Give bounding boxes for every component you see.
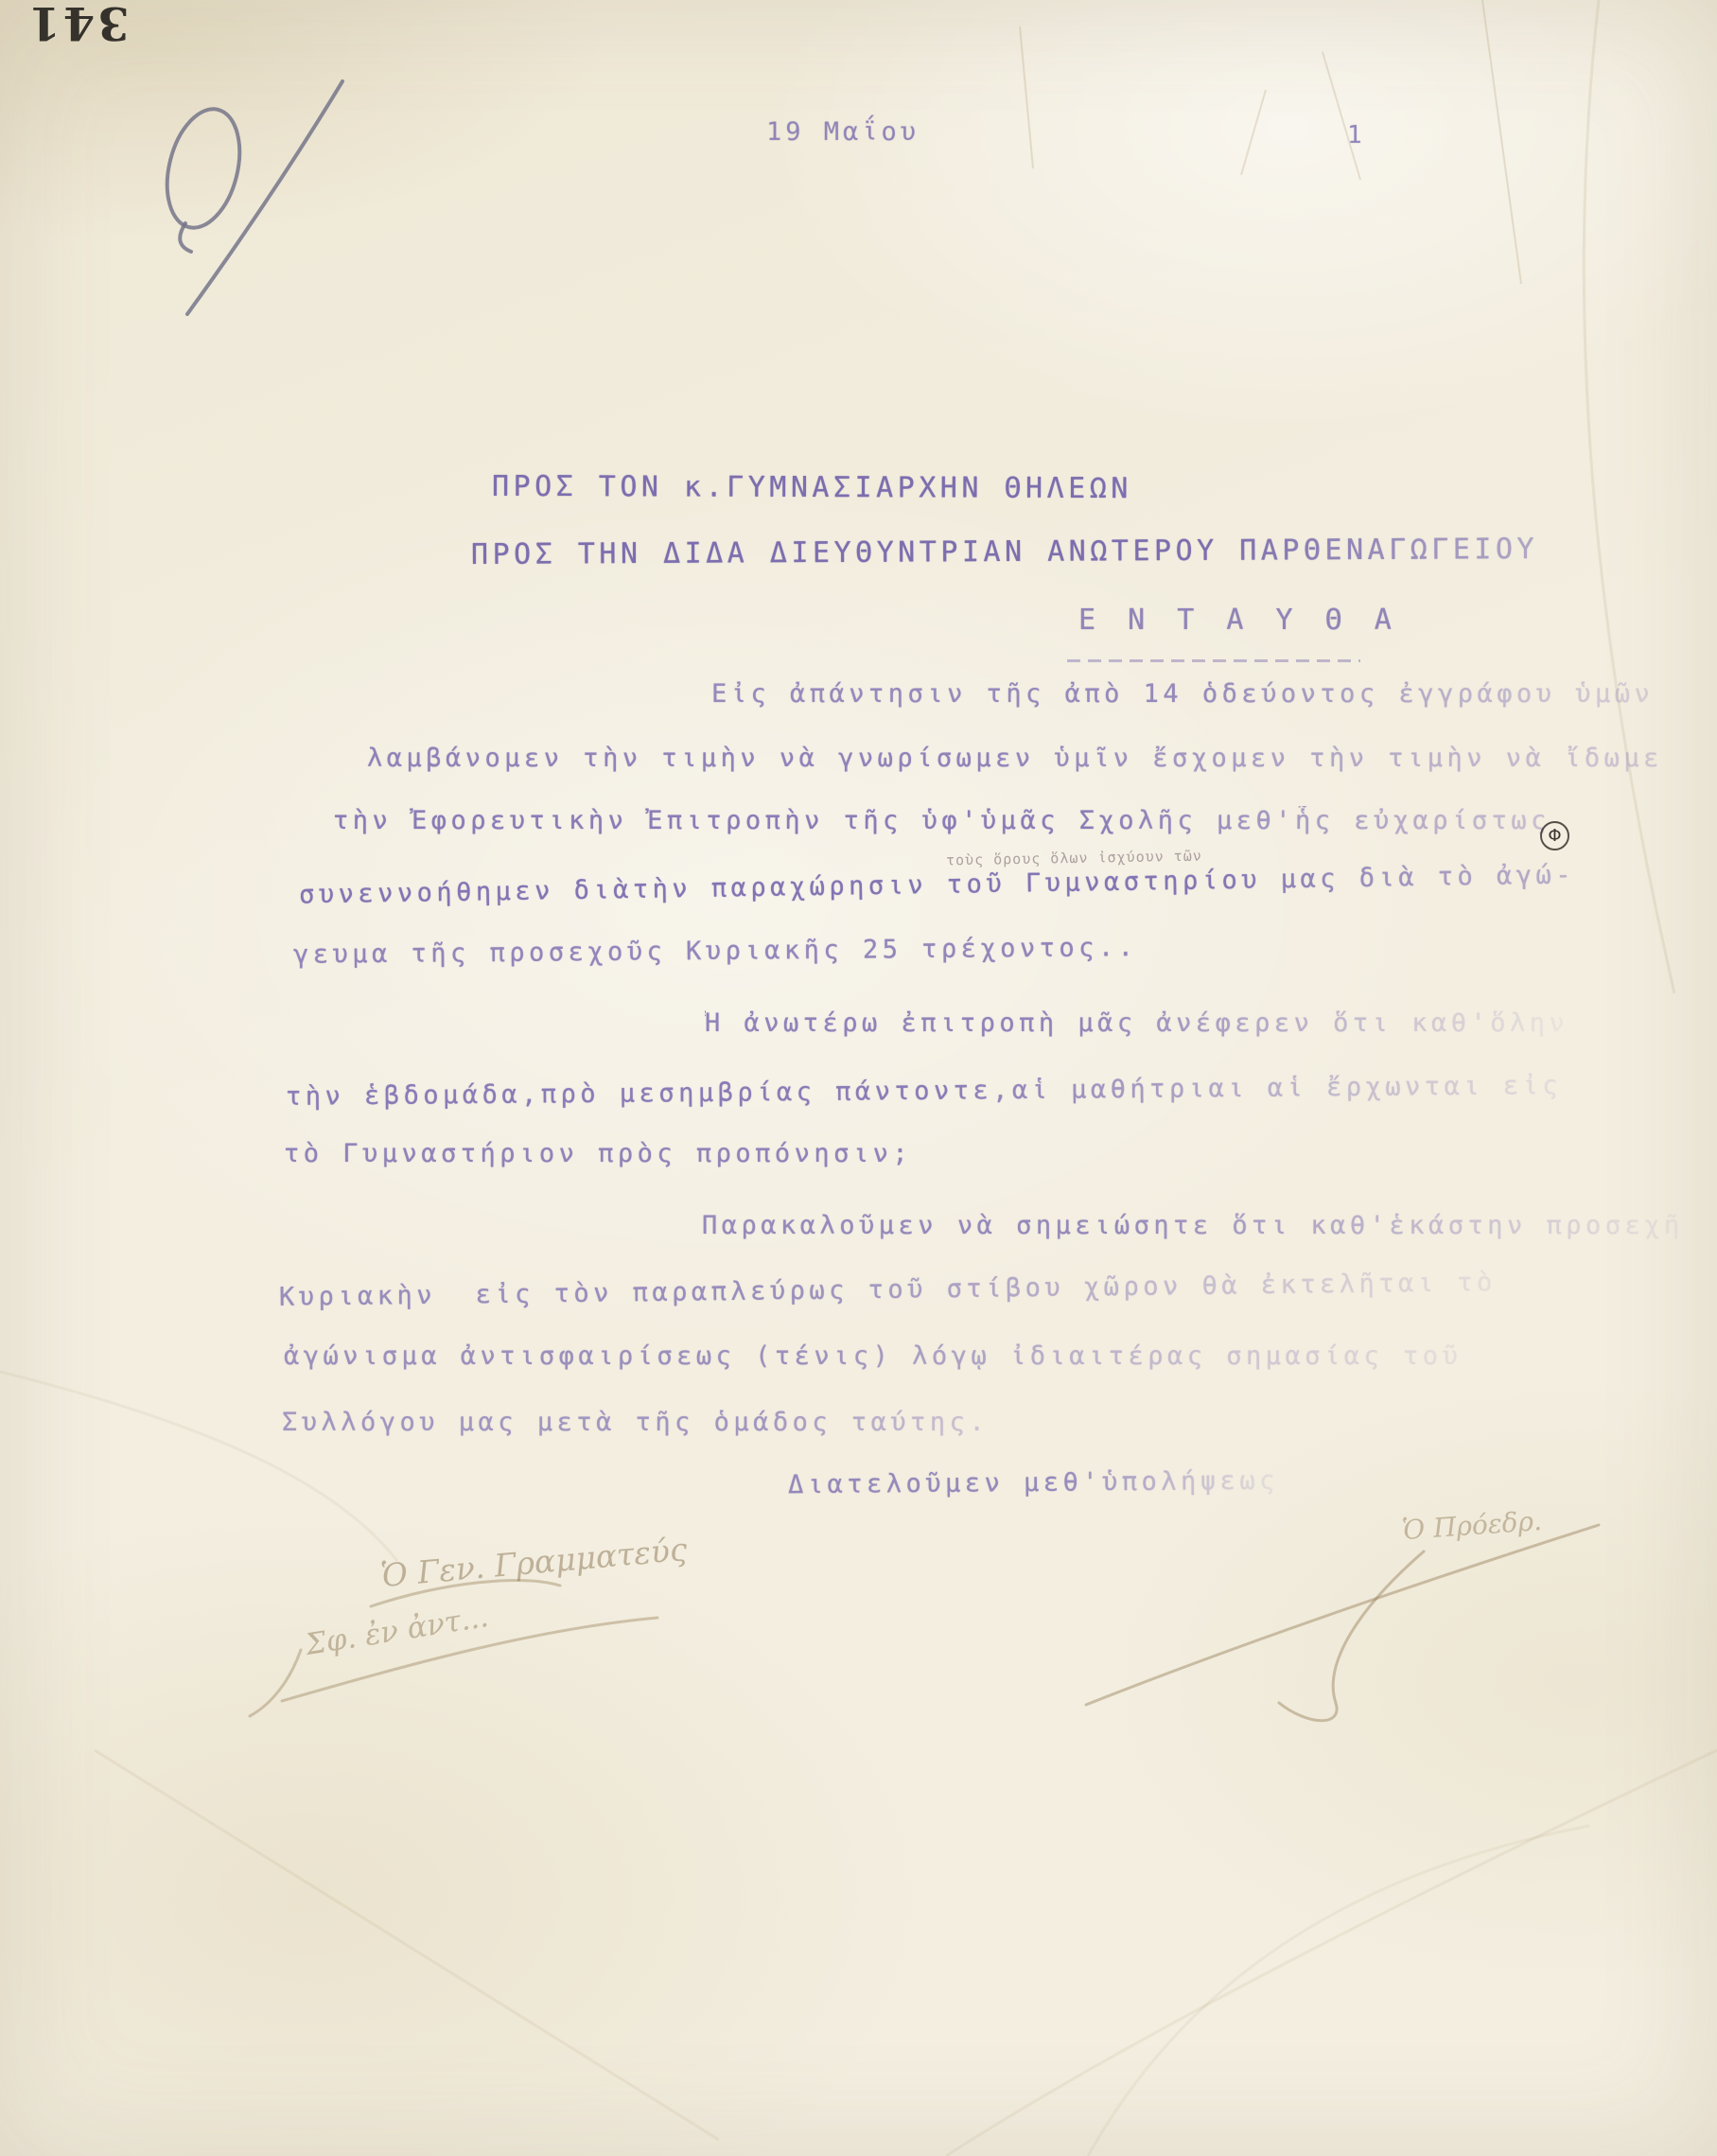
- signature-flourish-right: [1086, 1525, 1599, 1721]
- signature-right-title: Ὁ Πρόεδρ.: [1401, 1505, 1543, 1546]
- body-line: λαμβάνομεν τὴν τιμὴν νὰ γνωρίσωμεν ὑμῖν …: [367, 744, 1663, 773]
- body-line: τὴν ἑβδομάδα,πρὸ μεσημβρίας πάντοντε,αἱ …: [286, 1071, 1562, 1112]
- body-line: Εἰς ἀπάντησιν τῆς ἀπὸ 14 ὁδεύοντος ἐγγρά…: [711, 679, 1654, 709]
- body-line: Ἡ ἀνωτέρω ἐπιτροπὴ μᾶς ἀνέφερεν ὅτι καθ'…: [705, 1008, 1568, 1038]
- location-underline: [1067, 659, 1360, 662]
- closing-line: Διατελοῦμεν μεθ'ὑπολήψεως: [788, 1466, 1279, 1500]
- signature-left-title: Ὁ Γεν. Γραμματεύς: [379, 1531, 689, 1594]
- body-line: γευμα τῆς προσεχοῦς Κυριακῆς 25 τρέχοντο…: [293, 933, 1138, 970]
- archive-number-stamp: 341: [21, 0, 134, 49]
- letter-page: 341 19 Μαΐου 1 ΠΡΟΣ ΤΟΝ κ.ΓΥΜΝΑΣΙΑΡΧΗΝ Θ…: [0, 0, 1717, 2156]
- body-line: τὸ Γυμναστήριον πρὸς προπόνησιν;: [284, 1139, 912, 1168]
- location-line: Ε Ν Τ Α Υ Θ Α: [1078, 604, 1399, 637]
- interlinear-pencil-note: τοὺς ὅρους ὅλων ἰσχύουν τῶν: [946, 848, 1202, 869]
- recipient-line-1: ΠΡΟΣ ΤΟΝ κ.ΓΥΜΝΑΣΙΑΡΧΗΝ ΘΗΛΕΩΝ: [492, 470, 1132, 505]
- signature-left-script: Σφ. ἐν ἀντ...: [303, 1600, 490, 1662]
- handwritten-zero-slash-mark: [156, 81, 342, 314]
- body-line: συνεννοήθημεν διὰτὴν παραχώρησιν τοῦ Γυμ…: [299, 860, 1575, 909]
- body-line: Συλλόγου μας μετὰ τῆς ὁμάδος ταύτης.: [282, 1408, 989, 1437]
- body-line: τὴν Ἐφορευτικὴν Ἐπιτροπὴν τῆς ὑφ'ὑμᾶς Σχ…: [333, 806, 1551, 835]
- body-line: Παρακαλοῦμεν νὰ σημειώσητε ὅτι καθ'ἑκάστ…: [702, 1211, 1684, 1240]
- circled-phi-mark: Φ: [1540, 821, 1569, 850]
- date-text: 19 Μαΐου: [766, 117, 920, 147]
- recipient-line-2: ΠΡΟΣ ΤΗΝ ΔΙΔΑ ΔΙΕΥΘΥΝΤΡΙΑΝ ΑΝΩΤΕΡΟΥ ΠΑΡΘ…: [471, 533, 1538, 571]
- page-number: 1: [1347, 121, 1362, 149]
- body-line: Κυριακὴν εἰς τὸν παραπλεύρως τοῦ στίβου …: [279, 1268, 1497, 1312]
- body-line: ἀγώνισμα ἀντισφαιρίσεως (τένις) λόγῳ ἰδι…: [284, 1341, 1462, 1371]
